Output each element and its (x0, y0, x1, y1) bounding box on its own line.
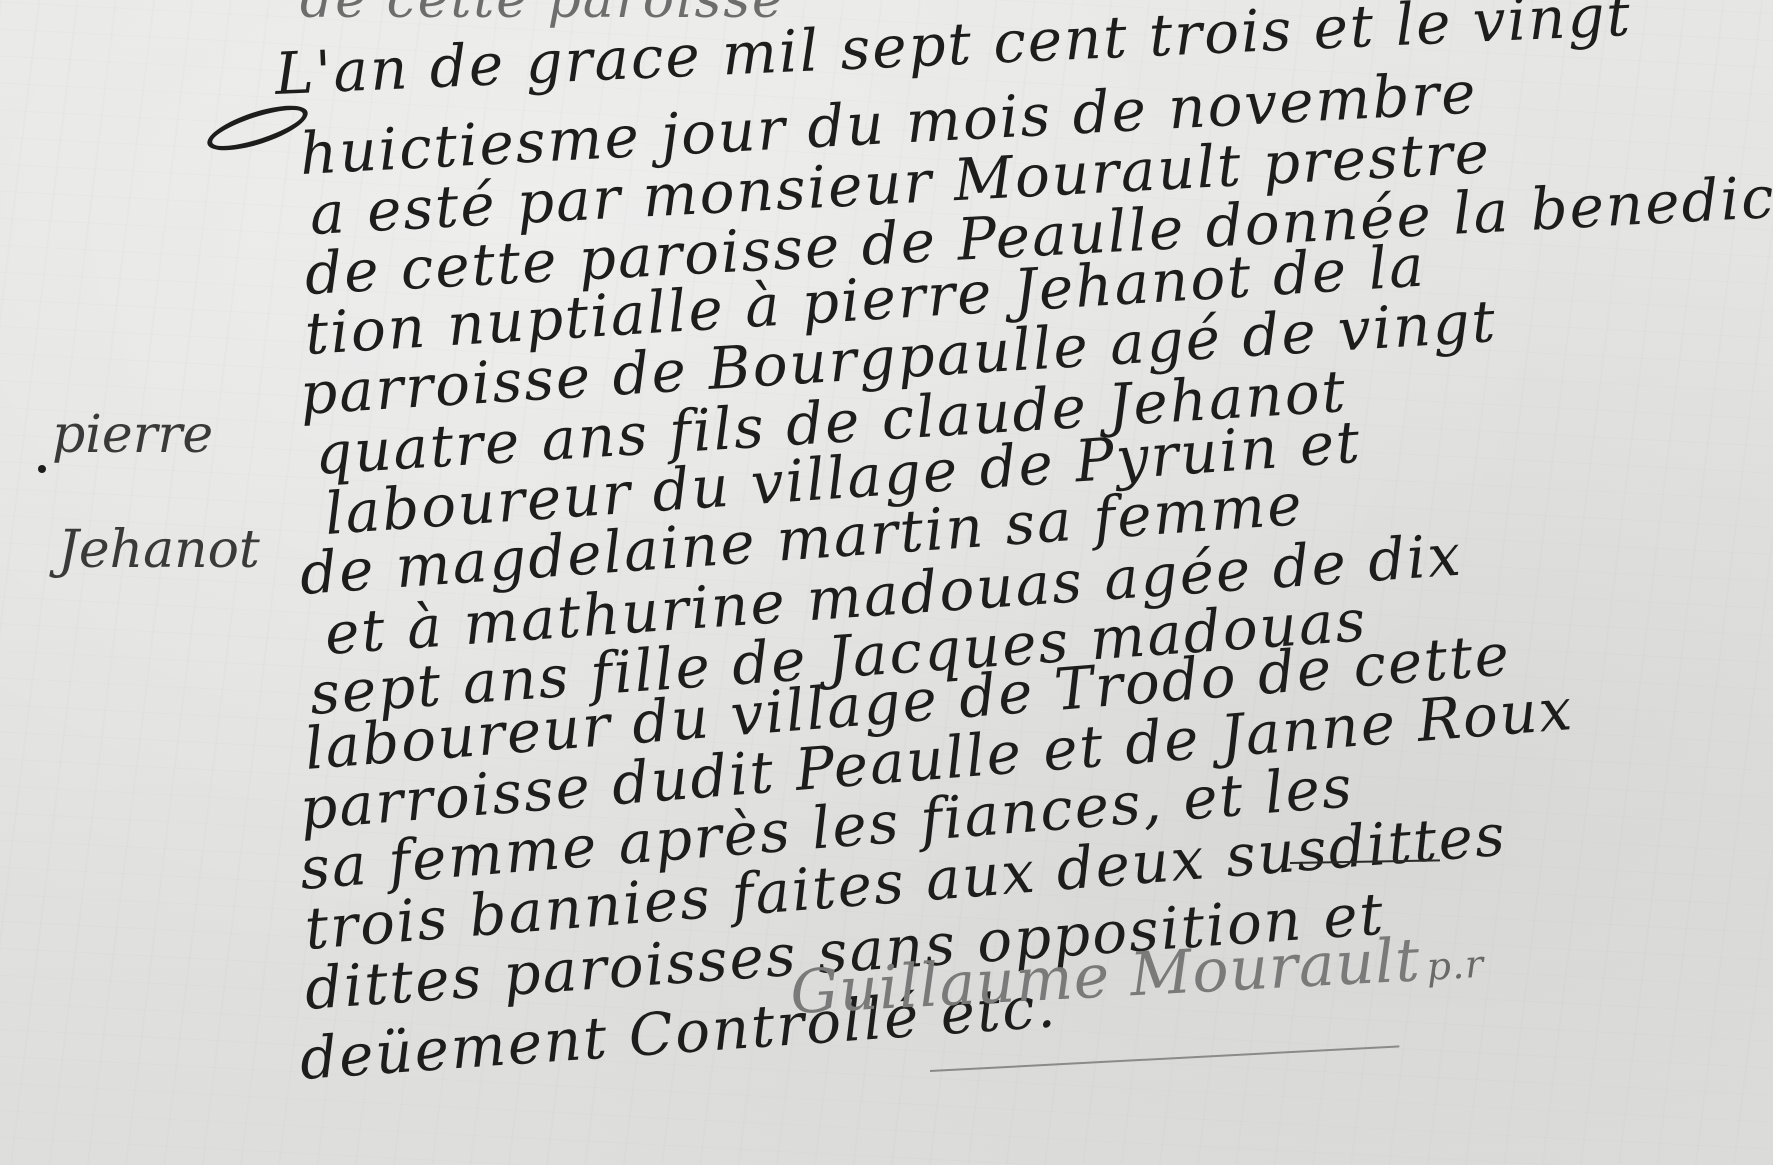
signature-suffix: p.r (1425, 942, 1485, 989)
document-page: de cette paroisse L'an de grace mil sept… (0, 0, 1773, 1165)
margin-note-first-name: pierre (52, 405, 213, 465)
signature-underline (930, 1045, 1399, 1072)
margin-note-surname: Jehanot (58, 520, 260, 580)
margin-dot (38, 465, 46, 473)
